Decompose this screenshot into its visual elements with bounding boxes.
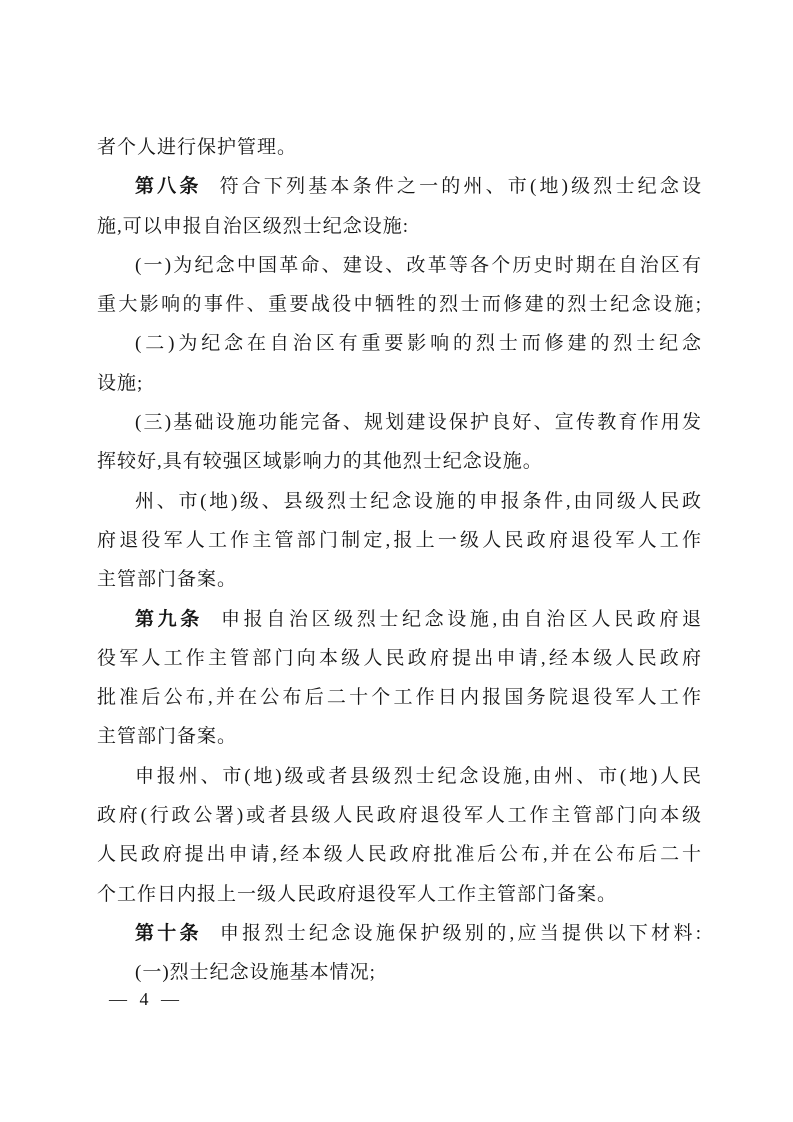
line-text: 州、市(地)级、县级烈士纪念设施的申报条件,由同级人民政 [135, 491, 701, 512]
page-number: — 4 — [109, 987, 183, 1011]
text-line: 者个人进行保护管理。 [97, 128, 701, 167]
text-line: 设施; [97, 364, 701, 403]
article-number: 第十条 [135, 923, 202, 944]
line-text: (二)为纪念在自治区有重要影响的烈士而修建的烈士纪念 [135, 333, 701, 354]
line-text: (一)烈士纪念设施基本情况; [135, 962, 376, 983]
document-body: 者个人进行保护管理。第八条符合下列基本条件之一的州、市(地)级烈士纪念设施,可以… [97, 128, 701, 993]
text-line: 第十条申报烈士纪念设施保护级别的,应当提供以下材料: [97, 914, 701, 953]
article-number: 第八条 [135, 176, 202, 197]
article-number: 第九条 [135, 609, 203, 630]
text-line: 第九条申报自治区级烈士纪念设施,由自治区人民政府退 [97, 600, 701, 639]
line-text: 者个人进行保护管理。 [97, 137, 297, 158]
line-text: 主管部门备案。 [97, 569, 237, 590]
line-text: 符合下列基本条件之一的州、市(地)级烈士纪念设 [220, 176, 701, 197]
line-text: 个工作日内报上一级人民政府退役军人工作主管部门备案。 [97, 884, 617, 905]
text-line: 个工作日内报上一级人民政府退役军人工作主管部门备案。 [97, 875, 701, 914]
line-text: 主管部门备案。 [97, 726, 237, 747]
text-line: (一)烈士纪念设施基本情况; [97, 953, 701, 992]
line-text: 政府(行政公署)或者县级人民政府退役军人工作主管部门向本级 [97, 805, 701, 826]
text-line: (一)为纪念中国革命、建设、改革等各个历史时期在自治区有 [97, 246, 701, 285]
text-line: 批准后公布,并在公布后二十个工作日内报国务院退役军人工作 [97, 678, 701, 717]
line-text: 设施; [97, 373, 143, 394]
text-line: 挥较好,具有较强区域影响力的其他烈士纪念设施。 [97, 442, 701, 481]
line-text: 役军人工作主管部门向本级人民政府提出申请,经本级人民政府 [97, 648, 701, 669]
text-line: 主管部门备案。 [97, 560, 701, 599]
text-line: (二)为纪念在自治区有重要影响的烈士而修建的烈士纪念 [97, 324, 701, 363]
line-text: 批准后公布,并在公布后二十个工作日内报国务院退役军人工作 [97, 687, 701, 708]
text-line: 府退役军人工作主管部门制定,报上一级人民政府退役军人工作 [97, 521, 701, 560]
line-text: 申报州、市(地)级或者县级烈士纪念设施,由州、市(地)人民 [135, 766, 701, 787]
text-line: (三)基础设施功能完备、规划建设保护良好、宣传教育作用发 [97, 403, 701, 442]
text-line: 人民政府提出申请,经本级人民政府批准后公布,并在公布后二十 [97, 835, 701, 874]
text-line: 申报州、市(地)级或者县级烈士纪念设施,由州、市(地)人民 [97, 757, 701, 796]
line-text: 申报烈士纪念设施保护级别的,应当提供以下材料: [220, 923, 701, 944]
line-text: 施,可以申报自治区级烈士纪念设施: [97, 216, 409, 237]
line-text: 挥较好,具有较强区域影响力的其他烈士纪念设施。 [97, 451, 543, 472]
line-text: 申报自治区级烈士纪念设施,由自治区人民政府退 [221, 609, 701, 630]
text-line: 主管部门备案。 [97, 717, 701, 756]
line-text: 府退役军人工作主管部门制定,报上一级人民政府退役军人工作 [97, 530, 701, 551]
text-line: 施,可以申报自治区级烈士纪念设施: [97, 207, 701, 246]
text-line: 重大影响的事件、重要战役中牺牲的烈士而修建的烈士纪念设施; [97, 285, 701, 324]
line-text: (三)基础设施功能完备、规划建设保护良好、宣传教育作用发 [135, 412, 701, 433]
text-line: 州、市(地)级、县级烈士纪念设施的申报条件,由同级人民政 [97, 482, 701, 521]
line-text: 人民政府提出申请,经本级人民政府批准后公布,并在公布后二十 [97, 844, 701, 865]
text-line: 第八条符合下列基本条件之一的州、市(地)级烈士纪念设 [97, 167, 701, 206]
line-text: 重大影响的事件、重要战役中牺牲的烈士而修建的烈士纪念设施; [97, 294, 701, 315]
document-page: 者个人进行保护管理。第八条符合下列基本条件之一的州、市(地)级烈士纪念设施,可以… [0, 0, 793, 1122]
text-line: 役军人工作主管部门向本级人民政府提出申请,经本级人民政府 [97, 639, 701, 678]
line-text: (一)为纪念中国革命、建设、改革等各个历史时期在自治区有 [135, 255, 701, 276]
text-line: 政府(行政公署)或者县级人民政府退役军人工作主管部门向本级 [97, 796, 701, 835]
